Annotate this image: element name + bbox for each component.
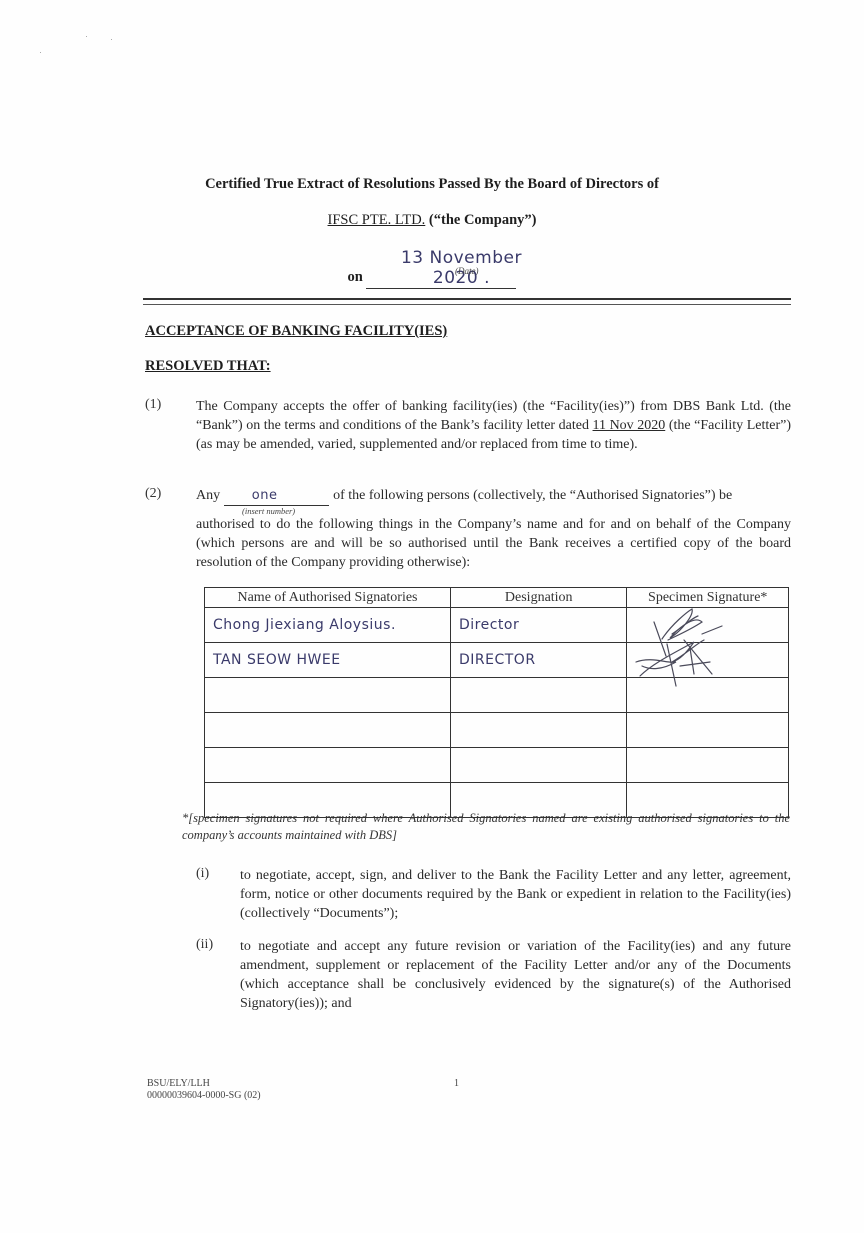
header-designation: Designation bbox=[451, 588, 627, 608]
table-row bbox=[205, 713, 789, 748]
handwritten-signature-icon bbox=[632, 604, 742, 694]
clause-2-continuation: authorised to do the following things in… bbox=[196, 515, 791, 572]
scan-speck bbox=[40, 52, 41, 53]
company-name: IFSC PTE. LTD. bbox=[328, 212, 426, 228]
header-name: Name of Authorised Signatories bbox=[205, 588, 451, 608]
signatory-count-field: one bbox=[224, 486, 329, 506]
scan-speck bbox=[86, 36, 87, 37]
facility-letter-date: 11 Nov 2020 bbox=[593, 418, 666, 433]
clause-2-number: (2) bbox=[145, 486, 161, 502]
clause-2-suffix: of the following persons (collectively, … bbox=[333, 488, 732, 503]
designation-cell bbox=[451, 713, 627, 748]
designation-cell bbox=[451, 678, 627, 713]
signatory-name-cell bbox=[205, 678, 451, 713]
signatory-name-cell: TAN SEOW HWEE bbox=[205, 643, 451, 678]
table-row bbox=[205, 748, 789, 783]
subclause-i-number: (i) bbox=[196, 866, 209, 882]
clause-1-number: (1) bbox=[145, 397, 161, 413]
signatory-designation: Director bbox=[459, 617, 519, 633]
signatory-name: Chong Jiexiang Aloysius. bbox=[213, 617, 396, 633]
company-suffix: (“the Company”) bbox=[429, 212, 537, 228]
company-line: IFSC PTE. LTD. (“the Company”) bbox=[0, 212, 864, 229]
signatory-name-cell bbox=[205, 713, 451, 748]
subclause-i-text: to negotiate, accept, sign, and deliver … bbox=[240, 866, 791, 923]
signatory-count-handwritten: one bbox=[252, 488, 278, 503]
section-heading: ACCEPTANCE OF BANKING FACILITY(IES) bbox=[145, 323, 447, 340]
designation-cell bbox=[451, 748, 627, 783]
document-page: Certified True Extract of Resolutions Pa… bbox=[0, 0, 864, 1233]
clause-1-text: The Company accepts the offer of banking… bbox=[196, 397, 791, 454]
subclause-ii-number: (ii) bbox=[196, 937, 213, 953]
clause-2-prefix: Any bbox=[196, 488, 220, 503]
subclause-ii-text: to negotiate and accept any future revis… bbox=[240, 937, 791, 1013]
footer-reference: BSU/ELY/LLH 00000039604-0000-SG (02) bbox=[147, 1078, 261, 1102]
date-prefix: on bbox=[348, 269, 363, 285]
footer-ref-line-1: BSU/ELY/LLH bbox=[147, 1078, 261, 1090]
designation-cell: Director bbox=[451, 608, 627, 643]
signatory-name-cell bbox=[205, 748, 451, 783]
signatory-name: TAN SEOW HWEE bbox=[213, 652, 341, 668]
date-caption: (Date) bbox=[455, 266, 479, 276]
specimen-signature-note: *[specimen signatures not required where… bbox=[182, 810, 790, 844]
date-field: 13 November 2020 . bbox=[366, 248, 516, 289]
resolved-heading: RESOLVED THAT: bbox=[145, 358, 271, 375]
scan-speck bbox=[111, 39, 112, 40]
signatory-name-cell: Chong Jiexiang Aloysius. bbox=[205, 608, 451, 643]
page-number: 1 bbox=[454, 1078, 459, 1089]
double-rule-divider bbox=[143, 298, 791, 305]
date-line: on 13 November 2020 . bbox=[0, 246, 864, 287]
signature-cell bbox=[627, 713, 789, 748]
footer-ref-line-2: 00000039604-0000-SG (02) bbox=[147, 1090, 261, 1102]
designation-cell: DIRECTOR bbox=[451, 643, 627, 678]
signature-cell bbox=[627, 748, 789, 783]
signatory-designation: DIRECTOR bbox=[459, 652, 536, 668]
clause-2-first-line: Anyoneof the following persons (collecti… bbox=[196, 486, 791, 506]
document-title: Certified True Extract of Resolutions Pa… bbox=[0, 176, 864, 193]
